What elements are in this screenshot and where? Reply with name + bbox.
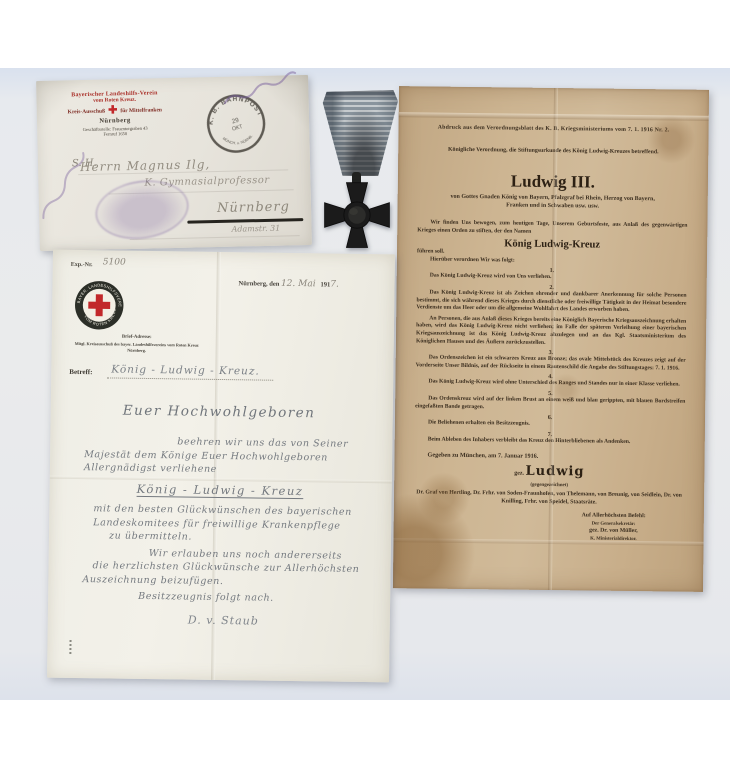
signature-ludwig: Ludwig (525, 464, 584, 480)
exp-number-label: Exp.-Nr. (71, 262, 93, 268)
sender-line3: Kreis-Ausschuß ✚ für Mittelfranken (51, 105, 179, 117)
address-recipient: Herrn Magnus Ilg, (80, 157, 211, 174)
red-cross-seal: BAYER. LANDESHILFSVEREIN VOM ROTEN KREUZ (74, 280, 125, 331)
envelope-sender-imprint: Bayerischer Landeshilfs-Verein vom Roten… (50, 90, 179, 138)
exp-number-value: 5100 (103, 257, 126, 267)
date-day-handwritten: 12. Mai (281, 279, 316, 289)
decree-document: Abdruck aus dem Verordnungsblatt des K. … (393, 86, 709, 592)
brief-adresse-line2: Nürnberg. (52, 347, 222, 354)
betreff-handwritten: König - Ludwig - Kreuz. (107, 363, 274, 380)
red-cross-icon: ✚ (108, 106, 117, 115)
koenig-ludwig-cross-medal (320, 180, 394, 250)
letter-document: Exp.-Nr. 5100 BAYER. LANDESHILFSVEREIN V… (47, 250, 395, 683)
postmark-month: OKT (232, 124, 245, 133)
body-line: Allergnädigst verliehene (84, 461, 382, 479)
letter-date-line: Nürnberg, den 12. Mai 1917. (238, 278, 338, 289)
photo-backdrop: Bayerischer Landeshilfs-Verein vom Roten… (0, 68, 730, 700)
order-block: Auf Allerhöchsten Befehl: Der Generalsek… (554, 513, 673, 544)
letter-body: beehren wir uns das von Seiner Majestät … (80, 434, 382, 607)
postmark-arc-bottom: MÜNCH. u. NÜRNB. (221, 129, 255, 149)
letter-salutation: Euer Hochwohlgeboren (123, 403, 316, 422)
svg-text:MÜNCH. u. NÜRNB.: MÜNCH. u. NÜRNB. (221, 129, 255, 149)
signature-prefix: gez. (514, 471, 524, 477)
medal-ribbon (322, 90, 398, 176)
body-line: Besitzzeugnis folgt nach. (138, 590, 380, 607)
sender-line3b: für Mittelfranken (120, 107, 162, 114)
sender-line3a: Kreis-Ausschuß (68, 108, 106, 115)
address-street: Adamstr. 31 (231, 224, 280, 234)
address-city: Nürnberg (217, 199, 290, 216)
date-year-printed: 191 (320, 281, 330, 288)
betreff-label: Betreff: (69, 368, 92, 376)
brief-adresse-label: Brief-Adresse: (52, 334, 222, 341)
sender-city: Nürnberg (51, 116, 179, 126)
envelope: Bayerischer Landeshilfs-Verein vom Roten… (36, 75, 312, 251)
date-year-handwritten: 7. (330, 280, 339, 290)
letter-signature: D. v. Staub (188, 614, 259, 628)
body-line-order-name: König - Ludwig - Kreuz (137, 482, 382, 499)
printer-imprint-mark (69, 640, 71, 656)
date-city-printed: Nürnberg, den (238, 280, 279, 288)
address-city-underline (187, 218, 303, 224)
ribbon-shading (322, 90, 398, 176)
